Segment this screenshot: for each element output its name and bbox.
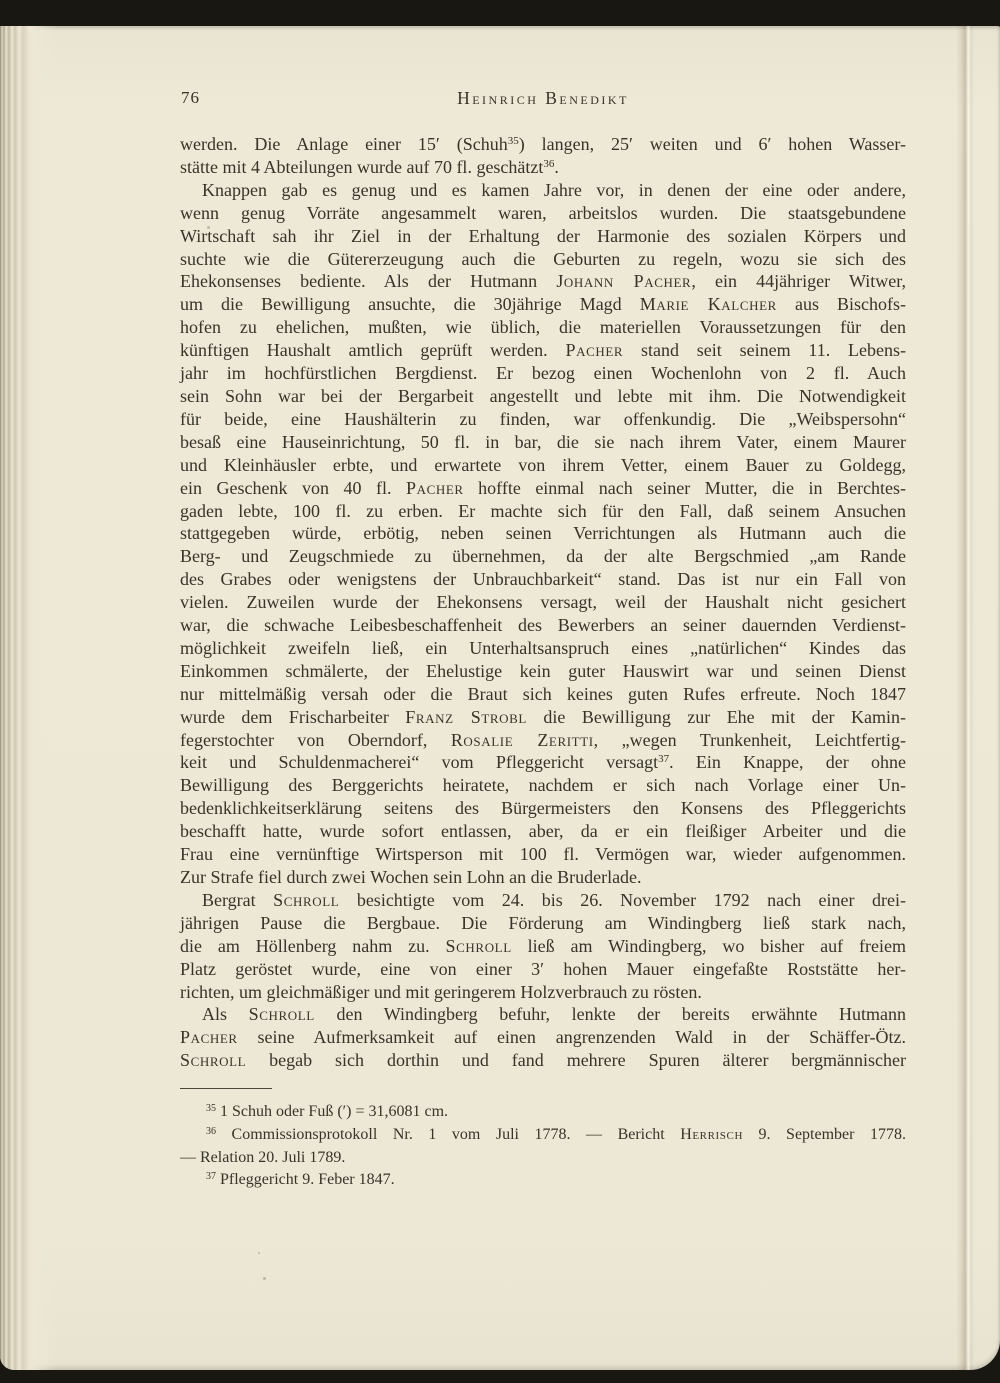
text-line: künftigen Haushalt amtlich geprüft werde… xyxy=(180,339,906,362)
text-line: beschafft hatte, wurde sofort entlassen,… xyxy=(180,820,906,843)
book-page: 76 Heinrich Benedikt werden. Die Anlage … xyxy=(0,26,1000,1370)
text-line: Bewilligung des Berggerichts heiratete, … xyxy=(180,774,906,797)
text-line: Platz geröstet wurde, eine von einer 3′ … xyxy=(180,958,906,981)
text-line: und Kleinhäusler erbte, und erwartete vo… xyxy=(180,454,906,477)
text-line: Knappen gab es genug und es kamen Jahre … xyxy=(180,179,906,202)
text-line: besaß eine Hauseinrichtung, 50 fl. in ba… xyxy=(180,431,906,454)
body-text: werden. Die Anlage einer 15′ (Schuh35) l… xyxy=(180,133,906,1072)
paper-speck xyxy=(263,1277,266,1280)
text-line: hofen zu ehelichen, mußten, wie üblich, … xyxy=(180,316,906,339)
book-scan: 76 Heinrich Benedikt werden. Die Anlage … xyxy=(0,0,1000,1383)
running-header: Heinrich Benedikt xyxy=(180,88,906,109)
text-line: fegerstochter von Oberndorf, Rosalie Zer… xyxy=(180,729,906,752)
text-line: Als Schroll den Windingberg befuhr, lenk… xyxy=(180,1003,906,1026)
page-stack-edges xyxy=(0,26,58,1370)
text-line: richten, um gleichmäßiger und mit gering… xyxy=(180,981,906,1004)
text-line: für beide, eine Haushälterin zu finden, … xyxy=(180,408,906,431)
text-line: 36 Commissionsprotokoll Nr. 1 vom Juli 1… xyxy=(180,1124,906,1147)
text-line: Pacher seine Aufmerksamkeit auf einen an… xyxy=(180,1026,906,1049)
text-line: Berg- und Zeugschmiede zu übernehmen, da… xyxy=(180,545,906,568)
text-line: war, die schwache Leibesbeschaffenheit d… xyxy=(180,614,906,637)
text-line: Einkommen schmälerte, der Ehelustige kei… xyxy=(180,660,906,683)
text-line: gaden lebte, 100 fl. zu erben. Er machte… xyxy=(180,500,906,523)
text-line: nur mittelmäßig versah oder die Braut si… xyxy=(180,683,906,706)
text-line: möglichkeit zweifeln ließ, ein Unterhalt… xyxy=(180,637,906,660)
text-line: wurde dem Frischarbeiter Franz Strobl di… xyxy=(180,706,906,729)
book-gutter-shadow xyxy=(956,26,974,1370)
text-line: 35 1 Schuh oder Fuß (′) = 31,6081 cm. xyxy=(180,1101,906,1124)
text-line: stätte mit 4 Abteilungen wurde auf 70 fl… xyxy=(180,156,906,179)
text-line: Bergrat Schroll besichtigte vom 24. bis … xyxy=(180,889,906,912)
footnote-rule xyxy=(180,1088,272,1089)
text-line: 37 Pfleggericht 9. Feber 1847. xyxy=(180,1169,906,1192)
text-line: vielen. Zuweilen wurde der Ehekonsens ve… xyxy=(180,591,906,614)
text-line: keit und Schuldenmacherei“ vom Pfleggeri… xyxy=(180,751,906,774)
text-line: des Grabes oder wenigstens der Unbrauchb… xyxy=(180,568,906,591)
text-line: um die Bewilligung ansuchte, die 30jähri… xyxy=(180,293,906,316)
text-line: bedenklichkeitserklärung seitens des Bür… xyxy=(180,797,906,820)
text-line: suchte wie die Gütererzeugung auch die G… xyxy=(180,248,906,271)
text-line: ein Geschenk von 40 fl. Pacher hoffte ei… xyxy=(180,477,906,500)
text-line: Zur Strafe fiel durch zwei Wochen sein L… xyxy=(180,866,906,889)
text-line: sein Sohn war bei der Bergarbeit angeste… xyxy=(180,385,906,408)
text-line: jahr im hochfürstlichen Bergdienst. Er b… xyxy=(180,362,906,385)
text-line: jährigen Pause die Bergbaue. Die Förderu… xyxy=(180,912,906,935)
text-line: Frau eine vernünftige Wirtsperson mit 10… xyxy=(180,843,906,866)
paper-speck xyxy=(258,1252,260,1254)
text-line: Ehekonsenses bediente. Als der Hutmann J… xyxy=(180,270,906,293)
text-line: stattgegeben würde, erbötig, neben seine… xyxy=(180,522,906,545)
text-line: Wirtschaft sah ihr Ziel in der Erhaltung… xyxy=(180,225,906,248)
footnotes: 35 1 Schuh oder Fuß (′) = 31,6081 cm.36 … xyxy=(180,1101,906,1192)
text-line: Schroll begab sich dorthin und fand mehr… xyxy=(180,1049,906,1072)
text-line: werden. Die Anlage einer 15′ (Schuh35) l… xyxy=(180,133,906,156)
text-line: die am Höllenberg nahm zu. Schroll ließ … xyxy=(180,935,906,958)
text-line: wenn genug Vorräte angesammelt waren, ar… xyxy=(180,202,906,225)
text-line: — Relation 20. Juli 1789. xyxy=(180,1147,906,1170)
